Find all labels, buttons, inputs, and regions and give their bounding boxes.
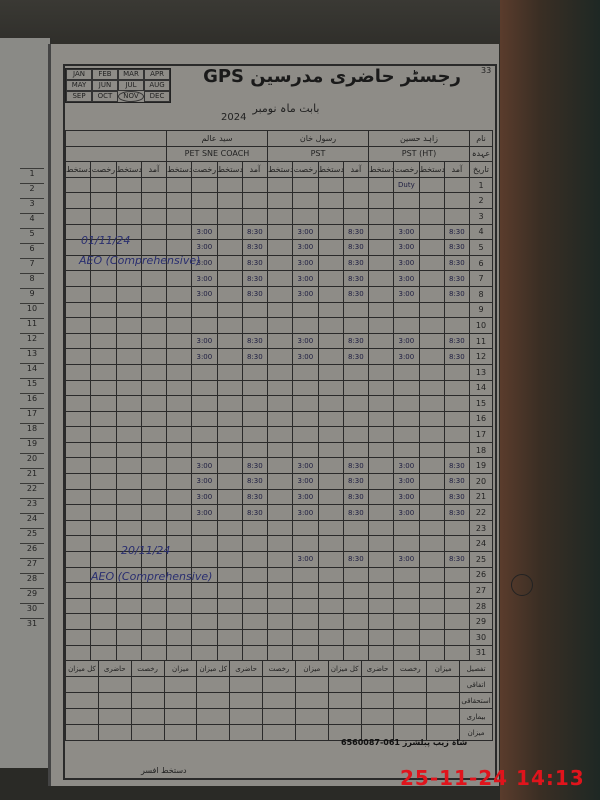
- summary-cell: [394, 709, 427, 725]
- attendance-cell: [268, 505, 293, 521]
- attendance-cell: [91, 536, 116, 552]
- attendance-cell: [369, 224, 394, 240]
- attendance-cell: [116, 583, 141, 599]
- attendance-cell: [318, 349, 343, 365]
- month-cell: MAR: [118, 69, 144, 80]
- summary-cell: [197, 677, 230, 693]
- attendance-cell: [116, 208, 141, 224]
- table-row: 17: [66, 427, 493, 443]
- left-page-day-number: 6: [20, 243, 44, 258]
- attendance-cell: [167, 598, 192, 614]
- attendance-cell: [217, 302, 242, 318]
- teacher-designation: PET SNE COACH: [167, 146, 268, 162]
- attendance-cell: [343, 380, 368, 396]
- attendance-cell: 8:30: [242, 474, 267, 490]
- attendance-cell: [66, 177, 91, 193]
- attendance-cell: [394, 630, 419, 646]
- summary-header: کل میزان: [197, 661, 230, 677]
- attendance-cell: [167, 630, 192, 646]
- attendance-cell: [217, 396, 242, 412]
- summary-cell: [361, 677, 394, 693]
- attendance-cell: [268, 286, 293, 302]
- attendance-cell: [369, 380, 394, 396]
- summary-row-label: اتفاقی: [460, 677, 493, 693]
- attendance-cell: 8:30: [343, 458, 368, 474]
- attendance-cell: [116, 489, 141, 505]
- attendance-cell: [242, 396, 267, 412]
- table-row: 3:008:303:008:303:008:307: [66, 271, 493, 287]
- summary-cell: [295, 677, 328, 693]
- attendance-cell: 8:30: [343, 286, 368, 302]
- attendance-cell: [394, 598, 419, 614]
- attendance-cell: [419, 520, 444, 536]
- attendance-cell: [217, 193, 242, 209]
- handwritten-signature-2: AEO (Comprehensive): [91, 570, 212, 583]
- attendance-cell: [167, 271, 192, 287]
- attendance-cell: [91, 598, 116, 614]
- day-number: 9: [470, 302, 493, 318]
- attendance-cell: [369, 240, 394, 256]
- attendance-cell: [394, 442, 419, 458]
- attendance-cell: [343, 318, 368, 334]
- attendance-cell: [394, 396, 419, 412]
- attendance-cell: [268, 583, 293, 599]
- summary-header: رخصت: [263, 661, 296, 677]
- date-header: تاریخ: [470, 162, 493, 178]
- day-number: 24: [470, 536, 493, 552]
- attendance-cell: [318, 302, 343, 318]
- attendance-cell: [343, 411, 368, 427]
- column-header: آمد: [141, 162, 166, 178]
- attendance-cell: [242, 318, 267, 334]
- day-number: 29: [470, 614, 493, 630]
- column-header: رخصت: [192, 162, 217, 178]
- attendance-cell: [318, 208, 343, 224]
- day-number: 12: [470, 349, 493, 365]
- attendance-cell: [192, 427, 217, 443]
- attendance-cell: [66, 536, 91, 552]
- summary-label: تفصیل: [460, 661, 493, 677]
- summary-cell: [66, 725, 99, 741]
- day-number: 31: [470, 645, 493, 661]
- attendance-cell: [369, 177, 394, 193]
- attendance-cell: [419, 364, 444, 380]
- attendance-cell: [369, 474, 394, 490]
- attendance-cell: [242, 177, 267, 193]
- attendance-cell: [268, 271, 293, 287]
- attendance-cell: [369, 614, 394, 630]
- attendance-cell: [444, 520, 469, 536]
- attendance-cell: [318, 505, 343, 521]
- table-row: 31: [66, 645, 493, 661]
- attendance-cell: 8:30: [444, 286, 469, 302]
- attendance-cell: [419, 318, 444, 334]
- summary-cell: [328, 677, 361, 693]
- month-cell: NOV: [118, 91, 144, 102]
- attendance-cell: [444, 318, 469, 334]
- left-page-day-number: 27: [20, 558, 44, 573]
- attendance-cell: 8:30: [242, 271, 267, 287]
- attendance-cell: [141, 177, 166, 193]
- attendance-cell: [141, 614, 166, 630]
- attendance-cell: [268, 240, 293, 256]
- attendance-cell: 3:00: [394, 240, 419, 256]
- attendance-cell: [419, 271, 444, 287]
- attendance-cell: [444, 598, 469, 614]
- attendance-cell: [419, 286, 444, 302]
- attendance-cell: [91, 552, 116, 568]
- summary-cell: [230, 693, 263, 709]
- attendance-cell: [66, 598, 91, 614]
- attendance-cell: [66, 489, 91, 505]
- summary-cell: [197, 693, 230, 709]
- attendance-cell: [394, 302, 419, 318]
- attendance-cell: [167, 458, 192, 474]
- attendance-cell: [217, 286, 242, 302]
- attendance-cell: [268, 598, 293, 614]
- attendance-cell: [369, 208, 394, 224]
- attendance-cell: [91, 349, 116, 365]
- column-header: رخصت: [293, 162, 318, 178]
- attendance-cell: [444, 645, 469, 661]
- attendance-cell: [116, 302, 141, 318]
- summary-cell: [295, 725, 328, 741]
- attendance-cell: [419, 536, 444, 552]
- table-row: 3:008:303:008:303:008:3019: [66, 458, 493, 474]
- column-header: دستخط: [419, 162, 444, 178]
- attendance-cell: 3:00: [394, 552, 419, 568]
- attendance-cell: [141, 271, 166, 287]
- attendance-cell: [242, 583, 267, 599]
- attendance-cell: [394, 614, 419, 630]
- attendance-cell: [419, 505, 444, 521]
- summary-header: میزان: [164, 661, 197, 677]
- photo-timestamp: 25-11-24 14:13: [400, 766, 585, 790]
- attendance-cell: [141, 520, 166, 536]
- attendance-cell: [318, 411, 343, 427]
- table-row: 13: [66, 364, 493, 380]
- attendance-cell: 8:30: [242, 240, 267, 256]
- attendance-cell: [66, 380, 91, 396]
- attendance-cell: [369, 583, 394, 599]
- attendance-cell: 8:30: [242, 255, 267, 271]
- attendance-cell: [91, 474, 116, 490]
- attendance-cell: [268, 520, 293, 536]
- attendance-cell: [419, 630, 444, 646]
- teacher-designation: PST: [268, 146, 369, 162]
- attendance-cell: 3:00: [394, 505, 419, 521]
- attendance-cell: 8:30: [343, 474, 368, 490]
- left-page-day-number: 18: [20, 423, 44, 438]
- attendance-cell: [343, 630, 368, 646]
- column-header: دستخط: [217, 162, 242, 178]
- attendance-cell: [268, 318, 293, 334]
- attendance-cell: 8:30: [444, 333, 469, 349]
- attendance-cell: [268, 224, 293, 240]
- attendance-cell: [369, 411, 394, 427]
- attendance-cell: [217, 583, 242, 599]
- attendance-cell: [318, 240, 343, 256]
- table-row: 3:008:303:008:303:008:3011: [66, 333, 493, 349]
- attendance-cell: [116, 411, 141, 427]
- table-row: 23: [66, 520, 493, 536]
- attendance-cell: [343, 396, 368, 412]
- month-cell: JAN: [66, 69, 92, 80]
- summary-cell: [164, 677, 197, 693]
- attendance-cell: [116, 645, 141, 661]
- attendance-cell: [343, 614, 368, 630]
- attendance-cell: [268, 380, 293, 396]
- attendance-cell: [369, 302, 394, 318]
- attendance-cell: [91, 364, 116, 380]
- attendance-cell: [369, 286, 394, 302]
- attendance-cell: [419, 567, 444, 583]
- attendance-cell: [66, 614, 91, 630]
- day-number: 2: [470, 193, 493, 209]
- day-number: 3: [470, 208, 493, 224]
- attendance-cell: [242, 427, 267, 443]
- month-grid: JANFEBMARAPRMAYJUNJULAUGSEPOCTNOVDEC: [65, 68, 171, 103]
- table-row: 3:008:303:008:303:008:3020: [66, 474, 493, 490]
- register-title: رجسٹر حاضری مدرسین GPS: [191, 66, 461, 87]
- attendance-cell: 3:00: [293, 458, 318, 474]
- attendance-cell: [293, 302, 318, 318]
- attendance-cell: [318, 380, 343, 396]
- attendance-cell: [268, 458, 293, 474]
- attendance-cell: [444, 208, 469, 224]
- attendance-cell: [343, 645, 368, 661]
- attendance-cell: [91, 427, 116, 443]
- attendance-cell: [419, 458, 444, 474]
- attendance-cell: [91, 333, 116, 349]
- attendance-cell: [167, 193, 192, 209]
- attendance-cell: [167, 645, 192, 661]
- attendance-cell: 8:30: [242, 489, 267, 505]
- attendance-cell: [91, 380, 116, 396]
- summary-cell: [295, 693, 328, 709]
- attendance-cell: [66, 318, 91, 334]
- attendance-cell: [343, 520, 368, 536]
- attendance-cell: [369, 255, 394, 271]
- attendance-cell: [343, 583, 368, 599]
- table-row: 30: [66, 630, 493, 646]
- attendance-cell: 8:30: [444, 489, 469, 505]
- designation-label: عہدہ: [470, 146, 493, 162]
- attendance-cell: [116, 442, 141, 458]
- attendance-cell: [268, 630, 293, 646]
- column-header: رخصت: [394, 162, 419, 178]
- attendance-cell: [192, 411, 217, 427]
- attendance-cell: [167, 364, 192, 380]
- table-row: 14: [66, 380, 493, 396]
- month-cell: JUL: [118, 80, 144, 91]
- attendance-cell: [217, 364, 242, 380]
- summary-cell: [66, 709, 99, 725]
- attendance-cell: 3:00: [192, 458, 217, 474]
- attendance-cell: [116, 458, 141, 474]
- attendance-cell: 3:00: [293, 224, 318, 240]
- attendance-cell: [444, 536, 469, 552]
- attendance-cell: 3:00: [192, 505, 217, 521]
- attendance-cell: [293, 598, 318, 614]
- attendance-cell: 3:00: [394, 224, 419, 240]
- attendance-cell: [318, 630, 343, 646]
- attendance-cell: [66, 645, 91, 661]
- day-number: 16: [470, 411, 493, 427]
- attendance-cell: [343, 442, 368, 458]
- left-page-day-number: 3: [20, 198, 44, 213]
- attendance-cell: [318, 583, 343, 599]
- attendance-cell: [293, 427, 318, 443]
- day-number: 28: [470, 598, 493, 614]
- attendance-cell: [318, 177, 343, 193]
- handwritten-date-2: 20/11/24: [121, 544, 170, 557]
- attendance-cell: [242, 552, 267, 568]
- attendance-cell: [394, 411, 419, 427]
- attendance-cell: [268, 349, 293, 365]
- attendance-cell: [369, 552, 394, 568]
- attendance-cell: [419, 349, 444, 365]
- teacher-name: [66, 131, 167, 147]
- attendance-cell: [167, 286, 192, 302]
- left-page-day-number: 10: [20, 303, 44, 318]
- attendance-cell: [419, 380, 444, 396]
- attendance-cell: [343, 427, 368, 443]
- attendance-cell: [66, 333, 91, 349]
- day-number: 6: [470, 255, 493, 271]
- summary-cell: [98, 709, 131, 725]
- attendance-cell: [318, 520, 343, 536]
- attendance-cell: [116, 271, 141, 287]
- attendance-cell: [318, 396, 343, 412]
- attendance-cell: [394, 208, 419, 224]
- attendance-cell: [141, 458, 166, 474]
- attendance-cell: [141, 380, 166, 396]
- table-row: 29: [66, 614, 493, 630]
- attendance-cell: 8:30: [242, 458, 267, 474]
- attendance-cell: [394, 583, 419, 599]
- attendance-cell: [369, 271, 394, 287]
- attendance-cell: [141, 598, 166, 614]
- attendance-cell: [242, 302, 267, 318]
- attendance-cell: [192, 536, 217, 552]
- background-table-surface: [500, 0, 600, 800]
- attendance-cell: [293, 318, 318, 334]
- attendance-cell: [419, 193, 444, 209]
- attendance-cell: [91, 271, 116, 287]
- attendance-cell: [242, 380, 267, 396]
- name-label: نام: [470, 131, 493, 147]
- attendance-cell: [268, 396, 293, 412]
- attendance-cell: [268, 442, 293, 458]
- summary-cell: [263, 693, 296, 709]
- attendance-cell: 3:00: [394, 349, 419, 365]
- left-page-day-number: 25: [20, 528, 44, 543]
- left-page-day-number: 17: [20, 408, 44, 423]
- attendance-cell: [369, 318, 394, 334]
- attendance-cell: [369, 598, 394, 614]
- summary-cell: [164, 709, 197, 725]
- attendance-cell: 8:30: [444, 552, 469, 568]
- attendance-cell: [369, 567, 394, 583]
- attendance-cell: [242, 614, 267, 630]
- attendance-cell: [217, 630, 242, 646]
- left-page-day-number: 31: [20, 618, 44, 633]
- attendance-cell: [167, 177, 192, 193]
- summary-cell: [66, 677, 99, 693]
- attendance-cell: [394, 567, 419, 583]
- attendance-cell: 3:00: [293, 255, 318, 271]
- day-number: 14: [470, 380, 493, 396]
- day-number: 25: [470, 552, 493, 568]
- attendance-cell: [293, 567, 318, 583]
- attendance-cell: [66, 349, 91, 365]
- attendance-cell: [444, 302, 469, 318]
- attendance-cell: [217, 224, 242, 240]
- left-page-day-number: 24: [20, 513, 44, 528]
- table-row: 16: [66, 411, 493, 427]
- leave-summary-table: کل میزانحاضریرخصتمیزانکل میزانحاضریرخصتم…: [65, 660, 493, 741]
- page-number: 33: [481, 66, 491, 75]
- table-row: 10: [66, 318, 493, 334]
- attendance-cell: [217, 520, 242, 536]
- attendance-cell: [167, 302, 192, 318]
- table-row: 3: [66, 208, 493, 224]
- attendance-cell: [318, 442, 343, 458]
- table-row: 28: [66, 598, 493, 614]
- attendance-cell: [242, 645, 267, 661]
- attendance-cell: [66, 567, 91, 583]
- column-header: آمد: [444, 162, 469, 178]
- attendance-cell: [141, 349, 166, 365]
- attendance-cell: [369, 505, 394, 521]
- table-row: 15: [66, 396, 493, 412]
- attendance-cell: [318, 536, 343, 552]
- attendance-cell: [318, 364, 343, 380]
- attendance-cell: [394, 193, 419, 209]
- summary-cell: [427, 677, 460, 693]
- attendance-cell: [444, 396, 469, 412]
- left-page-day-number: 26: [20, 543, 44, 558]
- attendance-cell: [444, 583, 469, 599]
- attendance-cell: [167, 583, 192, 599]
- left-page-day-number: 7: [20, 258, 44, 273]
- table-row: 3:008:303:008:303:008:308: [66, 286, 493, 302]
- attendance-cell: [369, 645, 394, 661]
- attendance-cell: [343, 208, 368, 224]
- left-page-day-number: 16: [20, 393, 44, 408]
- attendance-cell: [217, 474, 242, 490]
- attendance-cell: [167, 505, 192, 521]
- attendance-cell: [293, 520, 318, 536]
- attendance-cell: [217, 458, 242, 474]
- attendance-cell: [293, 364, 318, 380]
- attendance-cell: [116, 193, 141, 209]
- summary-cell: [164, 725, 197, 741]
- summary-cell: [394, 693, 427, 709]
- attendance-cell: [242, 598, 267, 614]
- attendance-cell: [343, 567, 368, 583]
- attendance-cell: [217, 177, 242, 193]
- attendance-cell: [419, 396, 444, 412]
- attendance-cell: [217, 240, 242, 256]
- attendance-cell: [318, 193, 343, 209]
- attendance-cell: 3:00: [394, 286, 419, 302]
- attendance-cell: 3:00: [293, 333, 318, 349]
- attendance-cell: [217, 567, 242, 583]
- attendance-cell: [116, 380, 141, 396]
- attendance-cell: 3:00: [192, 271, 217, 287]
